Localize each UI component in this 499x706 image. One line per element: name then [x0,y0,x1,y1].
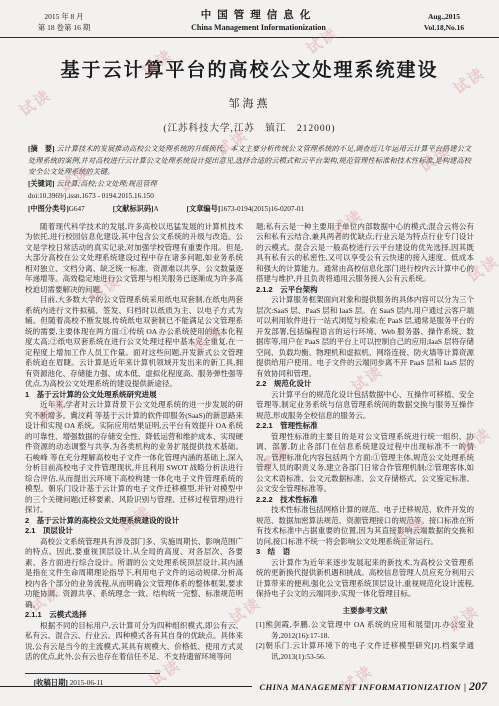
issue-info: 2015 年 8 月 第 18 卷第 16 期 [16,11,112,33]
author-name: 邹海燕 [0,95,499,111]
page-number: 207 [469,679,487,694]
section-heading-2-1-2: 2.1.2 云平台架构 [256,285,474,296]
paragraph: 根据不同的目标用户,云计算可分为四种组织模式,即公有云、私有云、混合云、行业云。… [25,621,243,663]
section-heading-2-1-1: 2.1.1 云模式选择 [25,610,243,621]
journal-header: 2015 年 8 月 第 18 卷第 16 期 中国管理信息化 China Ma… [0,0,499,38]
section-heading-2-2-1: 2.2.1 管理性标准 [256,421,474,432]
section-heading-2: 2 基于云计算的高校公文处理系统建设的设计 [25,516,243,527]
footer-rule [0,686,252,687]
section-heading-1: 1 基于云计算的公文处理系统研究进展 [25,390,243,401]
issue-date-en: Aug.,2015 [405,11,483,22]
paragraph: 管理性标准的主要目的是对公文管理系统进行统一组织、协调、部署,防止各部门在信息系… [256,432,474,495]
author-affiliation: (江苏科技大学,江苏 镇江 212000) [0,120,499,134]
clc-number: [中图分类号]G647 [28,204,99,216]
abstract-label: [摘 要] [28,145,55,153]
paragraph: 云计算作为近年来逐步发展起来的新技术,为高校公文管理系统的更新换代提供新机遇和挑… [256,558,474,600]
journal-name-cn: 中国管理信息化 [112,9,405,22]
issue-info-en: Aug.,2015 Vol.18,No.16 [405,11,483,33]
footer-separator: | [464,682,466,692]
section-heading-2-2: 2.2 规范化设计 [256,379,474,390]
article-id-value: 1673-0194(2015)16-0207-01 [220,205,304,213]
clc-label: [中图分类号] [28,205,69,213]
paragraph: 题;私有云是一种主要用于单位内部数据中心的模式;混合云将公有云和私有云结合,兼具… [256,222,474,285]
paragraph: 高校公文系统管理具有涉及部门多、实施周期长、影响范围广的特点。因此,要重视顶层设… [25,537,243,611]
clc-value: G647 [69,205,85,213]
doc-code-value: A [153,205,158,213]
keywords: [关键词] 云计算;高校;公文处理;规范管理 [28,179,471,191]
article-body: 随着现代科学技术的发展,许多高校以迅猛发展的计算机技术为依托,进行校园信息化建设… [0,216,499,689]
reference-item: [1]熊剑霞,李鹏.公文管理中 OA 系统的应用和展望[J].办公室业务,201… [256,620,474,641]
reference-item: [2]朝乐门.云计算环境下的电子文件迁移模型研究[J].档案学通讯,2013(1… [256,641,474,662]
paper-page: 试读 试读 试读 试读 试读 试读 试读 试读 试读 试读 试读 试读 试读 试… [0,0,499,706]
abstract-text: 云计算技术的发展推动高校公文处理系统的升级换代。本文主要分析传统公文管理系统的不… [28,145,471,176]
section-heading-2-1: 2.1 顶层设计 [25,526,243,537]
keywords-text: 云计算;高校;公文处理;规范管理 [56,180,157,188]
doc-code-label: [文献标识码] [113,205,154,213]
right-column: 题;私有云是一种主要用于单位内部数据中心的模式;混合云将公有云和私有云结合,兼具… [256,222,474,689]
issue-volume-en: Vol.18,No.16 [405,22,483,33]
doc-code: [文献标识码]A [113,204,173,216]
footer-journal-name: CHINA MANAGEMENT INFORMATIONIZATION [260,682,462,692]
section-heading-2-2-2: 2.2.2 技术性标准 [256,495,474,506]
doi: doi:10.3969/j.issn.1673 - 0194.2015.16.1… [28,191,471,203]
references-title: 主要参考文献 [256,606,474,617]
page-footer: CHINA MANAGEMENT INFORMATIONIZATION | 20… [0,679,487,694]
journal-name-en: China Management Informationization [112,22,405,33]
article-id: [文章编号]1673-0194(2015)16-0207-01 [187,204,318,216]
received-date-rule [25,673,160,674]
paragraph: 随着现代科学技术的发展,许多高校以迅猛发展的计算机技术为依托,进行校园信息化建设… [25,222,243,296]
issue-date: 2015 年 8 月 [16,11,112,22]
paragraph: 目前,大多数大学的公文管理系统采用纸电双套制,在纸电两套系统内进行文件拟稿、签发… [25,295,243,390]
abstract: [摘 要] 云计算技术的发展推动高校公文处理系统的升级换代。本文主要分析传统公文… [28,144,471,179]
article-meta: [摘 要] 云计算技术的发展推动高校公文处理系统的升级换代。本文主要分析传统公文… [28,144,471,216]
paragraph: 近年来,学者对云计算背景下公文处理系统的进一步发展的研究不断增多。冀汶莉 等基于… [25,400,243,516]
issue-volume: 第 18 卷第 16 期 [16,22,112,33]
classification-line: [中图分类号]G647 [文献标识码]A [文章编号]1673-0194(201… [28,204,471,216]
page-title: 基于云计算平台的高校公文处理系统建设 [0,55,499,82]
section-heading-3: 3 结 语 [256,547,474,558]
paragraph: 云计算平台的规范化设计包括数据中心、互操作可移植、安全管理等,制定业务系统与信息… [256,390,474,422]
paragraph: 云计算服务框架面向对象和提供服务的具体内容可以分为三个层次:SaaS 层、Paa… [256,295,474,379]
journal-name: 中国管理信息化 China Management Informationizat… [112,9,405,33]
left-column: 随着现代科学技术的发展,许多高校以迅猛发展的计算机技术为依托,进行校园信息化建设… [25,222,243,689]
keywords-label: [关键词] [28,180,54,188]
paragraph: 技术性标准包括网格计算的规范、电子迁移规范、软件开发的规范、数据加密算法规范、资… [256,505,474,547]
article-id-label: [文章编号] [187,205,221,213]
